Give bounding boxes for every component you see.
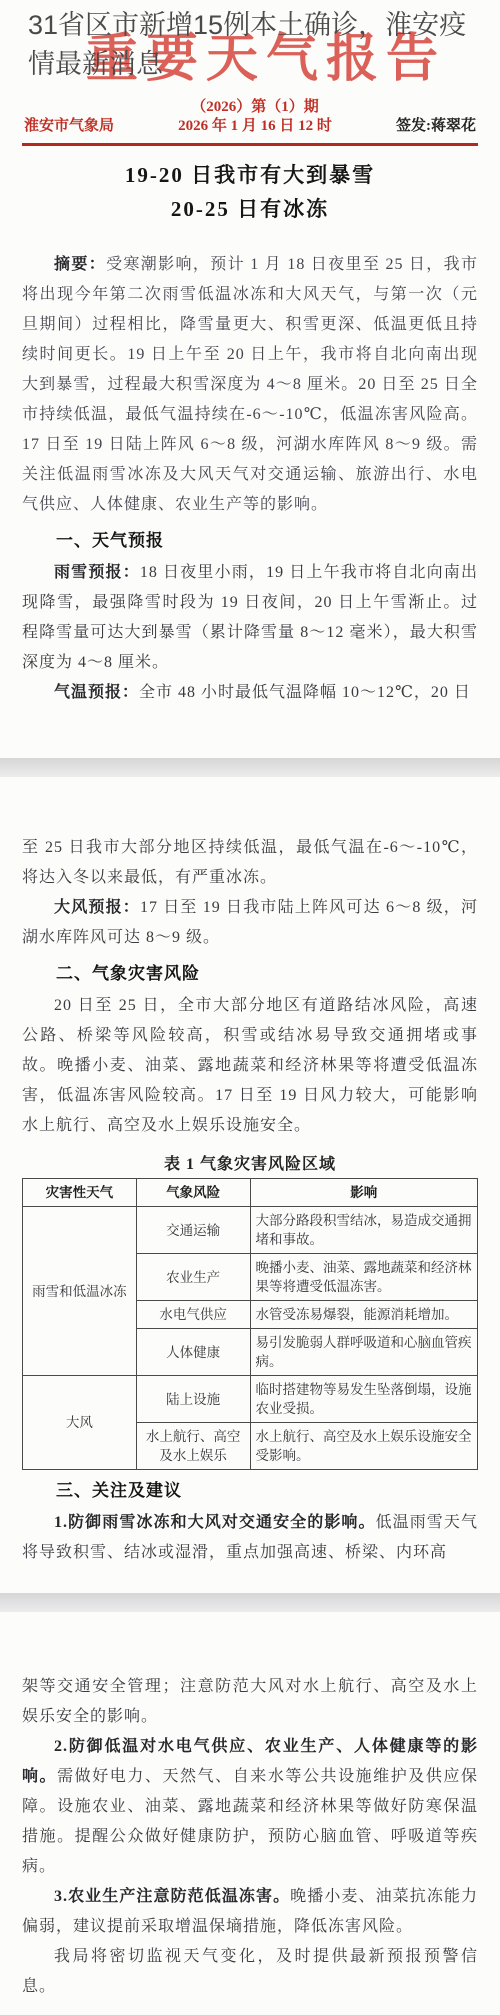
issue-datetime: 2026 年 1 月 16 日 12 时 <box>178 117 332 136</box>
wind-forecast-paragraph: 大风预报：17 日至 19 日我市陆上阵风可达 6～8 级，河湖水库阵风可达 8… <box>22 893 478 953</box>
advisory-3-label: 3.农业生产注意防范低温冻害。 <box>54 1888 290 1905</box>
section-2-heading: 二、气象灾害风险 <box>22 961 478 987</box>
report-title-line1: 19-20 日我市有大到暴雪 <box>22 158 478 192</box>
risk-table: 灾害性天气 气象风险 影响 雨雪和低温冰冻 交通运输 大部分路段积雪结冰，易造成… <box>22 1178 478 1470</box>
abstract-label: 摘要： <box>54 256 106 273</box>
advisory-2-text: 需做好电力、天然气、自来水等公共设施维护及供应保障。设施农业、油菜、露地蔬菜和经… <box>22 1768 478 1875</box>
table-row: 大风 陆上设施 临时搭建物等易发生坠落倒塌，设施农业受损。 <box>23 1376 478 1423</box>
table-cell-weather: 大风 <box>23 1376 137 1470</box>
table-row: 雨雪和低温冰冻 交通运输 大部分路段积雪结冰，易造成交通拥堵和事故。 <box>23 1207 478 1254</box>
table-cell-risk: 陆上设施 <box>136 1376 250 1423</box>
temp-forecast-label: 气温预报： <box>54 684 139 701</box>
rain-forecast-label: 雨雪预报： <box>54 564 140 581</box>
temp-forecast-continued: 至 25 日我市大部分地区持续低温，最低气温在-6～-10℃，将达入冬以来最低，… <box>22 833 478 893</box>
table-cell-risk: 水电气供应 <box>136 1301 250 1329</box>
advisory-1-label: 1.防御雨雪冰冻和大风对交通安全的影响。 <box>54 1514 376 1531</box>
table-cell-impact: 大部分路段积雪结冰，易造成交通拥堵和事故。 <box>250 1207 478 1254</box>
masthead: 淮安市气象局 （2026）第（1）期 2026 年 1 月 16 日 12 时 … <box>22 98 478 136</box>
masthead-divider <box>22 143 478 146</box>
advisory-1-paragraph: 1.防御雨雪冰冻和大风对交通安全的影响。低温雨雪天气将导致积雪、结冰或湿滑，重点… <box>22 1508 478 1568</box>
temp-forecast-text: 全市 48 小时最低气温降幅 10～12℃，20 日 <box>139 684 471 701</box>
rain-forecast-paragraph: 雨雪预报：18 日夜里小雨，19 日上午我市将自北向南出现降雪，最强降雪时段为 … <box>22 558 478 678</box>
closing-paragraph: 我局将密切监视天气变化，及时提供最新预报预警信息。 <box>22 1942 478 2002</box>
table-cell-risk: 人体健康 <box>136 1329 250 1376</box>
section-1-heading: 一、天气预报 <box>22 528 478 554</box>
table-header-impact: 影响 <box>250 1179 478 1207</box>
temp-forecast-paragraph: 气温预报：全市 48 小时最低气温降幅 10～12℃，20 日 <box>22 678 478 708</box>
table-cell-weather: 雨雪和低温冰冻 <box>23 1207 137 1376</box>
table-cell-impact: 易引发脆弱人群呼吸道和心脑血管疾病。 <box>250 1329 478 1376</box>
report-segment-2: 至 25 日我市大部分地区持续低温，最低气温在-6～-10℃，将达入冬以来最低，… <box>0 777 500 1593</box>
table-cell-impact: 晚播小麦、油菜、露地蔬菜和经济林果等将遭受低温冻害。 <box>250 1254 478 1301</box>
issue-block: （2026）第（1）期 2026 年 1 月 16 日 12 时 <box>178 98 332 136</box>
table-cell-impact: 水管受冻易爆裂，能源消耗增加。 <box>250 1301 478 1329</box>
agency-name: 淮安市气象局 <box>24 117 114 136</box>
table-header-weather: 灾害性天气 <box>23 1179 137 1207</box>
risk-table-caption: 表 1 气象灾害风险区域 <box>22 1151 478 1174</box>
section-3-heading: 三、关注及建议 <box>22 1478 478 1504</box>
article-page: 重要天气报告 31省区市新增15例本土确诊，淮安疫情最新消息 淮安市气象局 （2… <box>0 0 500 2015</box>
risk-paragraph: 20 日至 25 日，全市大部分地区有道路结冰风险，高速公路、桥梁等风险较高，积… <box>22 991 478 1141</box>
page-title: 31省区市新增15例本土确诊，淮安疫情最新消息 <box>22 0 478 84</box>
table-cell-impact: 水上航行、高空及水上娱乐设施安全受影响。 <box>250 1423 478 1470</box>
segment-divider-1 <box>0 758 500 777</box>
advisory-2-paragraph: 2.防御低温对水电气供应、农业生产、人体健康等的影响。需做好电力、天然气、自来水… <box>22 1732 478 1882</box>
report-segment-3: 架等交通安全管理；注意防范大风对水上航行、高空及水上娱乐安全的影响。 2.防御低… <box>0 1612 500 2015</box>
advisory-3-paragraph: 3.农业生产注意防范低温冻害。晚播小麦、油菜抗冻能力偏弱，建议提前采取增温保墒措… <box>22 1882 478 1942</box>
advisory-1-continued: 架等交通安全管理；注意防范大风对水上航行、高空及水上娱乐安全的影响。 <box>22 1672 478 1732</box>
table-cell-risk: 水上航行、高空及水上娱乐 <box>136 1423 250 1470</box>
abstract-text: 受寒潮影响，预计 1 月 18 日夜里至 25 日，我市将出现今年第二次雨雪低温… <box>22 256 478 513</box>
report-title: 19-20 日我市有大到暴雪 20-25 日有冰冻 <box>22 158 478 226</box>
table-cell-risk: 农业生产 <box>136 1254 250 1301</box>
wind-forecast-label: 大风预报： <box>54 899 140 916</box>
issue-number: （2026）第（1）期 <box>178 98 332 117</box>
table-header-row: 灾害性天气 气象风险 影响 <box>23 1179 478 1207</box>
report-header: 重要天气报告 31省区市新增15例本土确诊，淮安疫情最新消息 <box>22 0 478 96</box>
abstract-paragraph: 摘要：受寒潮影响，预计 1 月 18 日夜里至 25 日，我市将出现今年第二次雨… <box>22 250 478 520</box>
table-cell-impact: 临时搭建物等易发生坠落倒塌，设施农业受损。 <box>250 1376 478 1423</box>
signer: 签发:蒋翠花 <box>396 117 476 136</box>
report-segment-1: 重要天气报告 31省区市新增15例本土确诊，淮安疫情最新消息 淮安市气象局 （2… <box>0 0 500 758</box>
table-cell-risk: 交通运输 <box>136 1207 250 1254</box>
table-header-risk: 气象风险 <box>136 1179 250 1207</box>
report-title-line2: 20-25 日有冰冻 <box>22 192 478 226</box>
segment-divider-2 <box>0 1593 500 1612</box>
